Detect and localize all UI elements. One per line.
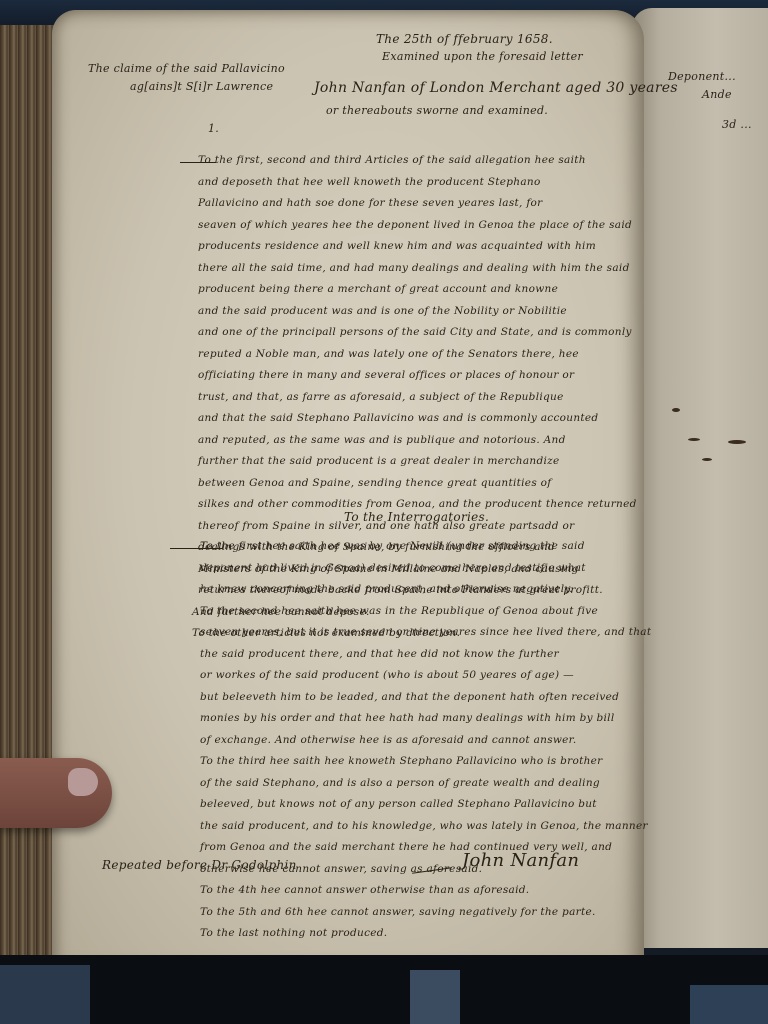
facing-note-line-1: Deponent... [668, 70, 736, 83]
body-line: and one of the principall persons of the… [198, 322, 637, 344]
body-line: seaven of which yeares hee the deponent … [198, 215, 637, 237]
deponent-line-2: or thereabouts sworne and examined. [326, 104, 548, 117]
answer-line: but beleeveth him to be leaded, and that… [200, 687, 651, 709]
body-line: there all the said time, and had many de… [198, 258, 637, 280]
answer-line: deponent had lived in Genoa) desired to … [200, 558, 651, 580]
background-bottom [0, 955, 768, 1024]
cloth-patch [0, 965, 90, 1024]
ink-stain [688, 438, 700, 441]
answer-line: of the said Stephano, and is also a pers… [200, 773, 651, 795]
body-line: further that the said producent is a gre… [198, 451, 637, 473]
body-line: To the first, second and third Articles … [198, 150, 637, 172]
answer-line: To the 5th and 6th hee cannot answer, sa… [200, 902, 651, 924]
answer-line: of exchange. And otherwise hee is as afo… [200, 730, 651, 752]
answer-line: To the 4th hee cannot answer otherwise t… [200, 880, 651, 902]
body-line: and reputed, as the same was and is publ… [198, 430, 637, 452]
manuscript-page: The claime of the said Pallavicino ag[ai… [52, 10, 644, 970]
cloth-patch [690, 985, 768, 1024]
body-line: and the said producent was and is one of… [198, 301, 637, 323]
facing-page: Deponent... Ande 3d ... [632, 8, 768, 948]
facing-note-line-2: Ande [702, 88, 732, 101]
interrogatories-heading: To the Interrogatories. [344, 510, 489, 524]
facing-note-line-3: 3d ... [722, 118, 752, 131]
thumbnail [68, 768, 98, 796]
answer-line: the said producent, and to his knowledge… [200, 816, 651, 838]
body-line: Pallavicino and hath soe done for these … [198, 193, 637, 215]
ink-stain [672, 408, 680, 412]
answer-line: To the third hee saith hee knoweth Steph… [200, 751, 651, 773]
answer-line: To the last nothing not produced. [200, 923, 651, 945]
body-line: officiating there in many and several of… [198, 365, 637, 387]
answer-line: To the second hee saith hee was in the R… [200, 601, 651, 623]
body-line: and deposeth that hee well knoweth the p… [198, 172, 637, 194]
answer-line: beleeved, but knows not of any person ca… [200, 794, 651, 816]
body-line: producents residence and well knew him a… [198, 236, 637, 258]
sub-date-line: Examined upon the foresaid letter [382, 50, 583, 63]
answer-line: To the first hee saith hee was by one Ne… [200, 536, 651, 558]
answer-line: he knew concerning the said producent, a… [200, 579, 651, 601]
answer-line: or workes of the said producent (who is … [200, 665, 651, 687]
body-line: trust, and that, as farre as aforesaid, … [198, 387, 637, 409]
deponent-signature: John Nanfan [462, 850, 579, 871]
deponent-line: John Nanfan of London Merchant aged 30 y… [314, 80, 678, 96]
answer-line: monies by his order and that hee hath ha… [200, 708, 651, 730]
body-line: reputed a Noble man, and was lately one … [198, 344, 637, 366]
folio-mark: 1. [208, 122, 219, 135]
cloth-patch [410, 970, 460, 1024]
thumb-holding-page [0, 758, 112, 828]
margin-note-line-2: ag[ains]t S[i]r Lawrence [130, 80, 273, 93]
ink-stain [702, 458, 712, 461]
date-line: The 25th of ffebruary 1658. [376, 32, 553, 46]
interrogatory-answers: To the first hee saith hee was by one Ne… [200, 536, 651, 945]
body-line: producent being there a merchant of grea… [198, 279, 637, 301]
margin-note-line-1: The claime of the said Pallavicino [88, 62, 285, 75]
answer-line: from Genoa and the said merchant there h… [200, 837, 651, 859]
body-line: between Genoa and Spaine, sending thence… [198, 473, 637, 495]
attestation: Repeated before Dr Godolphin [102, 858, 297, 872]
ink-stain [728, 440, 746, 444]
body-line: and that the said Stephano Pallavicino w… [198, 408, 637, 430]
answer-line: the said producent there, and that hee d… [200, 644, 651, 666]
answer-line: seaven yeares, but it is true seven or n… [200, 622, 651, 644]
